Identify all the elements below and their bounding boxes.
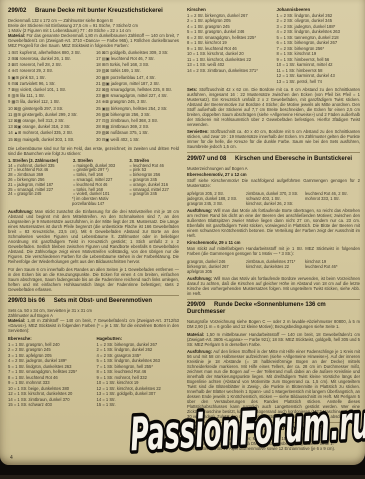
color-key-item: 8 ▥⊞ lila 111, 1 Str. xyxy=(8,94,91,99)
list-item: 1 = 1 Str. grasgrün, hell 240 xyxy=(8,342,91,347)
color-entry: leuchtend Rot 46* xyxy=(305,264,360,269)
scanner-bed-edge xyxy=(0,475,365,479)
color-key-item: 12 ⊠▩ orange, hell 313, 2 Str. xyxy=(8,119,91,124)
color-key-item: 6 ⊟⊠ zartviolett 96, 1 Str. xyxy=(8,82,91,87)
list-item: 9 = 1 Str. himbeerrot, hell 56 xyxy=(277,57,361,62)
berry-color-lists: Kirschen 1 = 2 Str. birkengrün, dunkel 2… xyxy=(187,7,360,84)
list-item: 10 = 1 Str. karminrot, mittel 42 xyxy=(277,62,361,67)
list-item: 5 = 1 Str. tannengrün, dunkel 218 xyxy=(277,35,361,40)
list-item: 7 = 1 Str. birkengrün, hell 255* xyxy=(97,364,180,369)
intro-lines: Sets ca. 50 x 34 cm, Servietten je 31 x … xyxy=(8,308,179,318)
motif-title: Kirschenmotiv, 29 x 11 cm xyxy=(187,240,360,245)
color-key-item: 18 ⊞⊟ türkis, hell 168, 3 Str. xyxy=(96,63,179,68)
list-label: Hagebutten: xyxy=(97,336,180,342)
color-key-item: 22 ⊠▨ smaragdgrün, hellstes 225, 8 Str. xyxy=(96,88,179,93)
table-cell: = grasgrün 245 xyxy=(129,192,179,197)
list-label: Kirschen xyxy=(187,7,271,13)
section-heading-299-03: 299/03 bis 06 Sets mit Obst- und Beerenm… xyxy=(8,298,179,305)
color-entry: grasgrün 245, 3 Str. xyxy=(187,201,242,206)
motif-text: Man stickt auf mittelfarbigem Handarbeit… xyxy=(187,246,360,256)
list-item: 9 = 1 Str. mohnrot, hell 332 xyxy=(97,375,180,380)
color-key-item: 29 ▧⊠ nußbraun 375, 1 Str. xyxy=(96,131,179,136)
watermark: PassionForum.ru xyxy=(124,375,365,476)
list-item: 2 = 1 Str. lindgrün, dunkel 262 xyxy=(97,347,180,352)
color-entry: kirschrot, dunkel 26, 2 Str. xyxy=(246,201,301,206)
sets-text: Stoffzuschnitt 42 x 62 cm. Die Bordüre m… xyxy=(187,87,360,127)
color-key-item: 28 ⊞▦ zimtbraun 369, 2 Str. xyxy=(96,125,179,130)
section-number: 299/03 bis 06 xyxy=(8,298,45,304)
color-key-item: 9 ▦⊡ lila, dunkel 112, 1 Str. xyxy=(8,100,91,105)
color-key-item: 19 ▥⊠ türkis 169, 1 Str. xyxy=(96,69,179,74)
list-item: 9 = 1 Str. mohnrot 333 xyxy=(8,380,91,385)
list-item: 2 = 2 Str. grasgrün 245 xyxy=(8,347,91,352)
color-entry: zimtbraun, dunkelstes 371* xyxy=(246,259,301,264)
color-key-item: 24 ⊕⊠ grasgrün 245, 3 Str. xyxy=(96,100,179,105)
list-item: 4 = 1 Str. grasgrün 245 xyxy=(187,24,271,29)
color-key-item: 1 ⊞⊡ kupferrot, allerhellstes 880, 3 Str… xyxy=(8,51,91,56)
material-paragraph: Material: 1,40 m Zählstoff — 140 cm brei… xyxy=(8,318,179,333)
color-key-item: 21 ▧▣ jadegrün, mittel 187, 2 Str. xyxy=(96,82,179,87)
motif-colors: grasgrün, dunkel 246birkengrün, dunkel 2… xyxy=(187,259,360,274)
intro-lines: Deckenmaß 132 x 172 cm — Zählmuster sieh… xyxy=(8,18,179,33)
list-item: 2 = 2 Str. olivgrün, dunkel 345 xyxy=(277,18,361,23)
list-item: 8 = 1 Str. leuchtend Rot 46 xyxy=(97,369,180,374)
streifen-table-body: 14 = mohnrot, dunkel 335 = maisgelb, dun… xyxy=(8,164,179,198)
kirschen-list: Kirschen 1 = 2 Str. birkengrün, dunkel 2… xyxy=(187,7,271,84)
color-key-item: 4 ⊕⊡ rosenrot 29, 2 Str. xyxy=(8,69,91,74)
list-item: 1 = 2 Str. lindgrün, dunkel 262 xyxy=(277,13,361,18)
servietten-text: Stoffzuschnitt ca. 40 x 40 cm, Bordüre m… xyxy=(187,129,360,149)
eberesche-list: Eberesche: 1 = 1 Str. grasgrün, hell 240… xyxy=(8,336,91,408)
material-text: 1,50 m mittelbrauner Handarbeitsstoff — … xyxy=(187,332,360,347)
color-key-item: 11 ▨⊞ ginstergelb, dunkel 299, 2 Str. xyxy=(8,113,91,118)
color-key-column-right: 16 ⊠⊡ goldgelb, dunkelstes 309, 3 Str.17… xyxy=(96,51,179,144)
page-number: 4 xyxy=(10,455,13,461)
list-item: 12 = 1 Str. kirschrot, dunkelstes 20 xyxy=(8,391,91,396)
color-key-item: 7 ⊠▤ violett, dunkel 101, 1 Str. xyxy=(8,88,91,93)
table-footnote: *) im obersten Motiv porzellanblau 147 xyxy=(72,197,130,207)
servietten-paragraph: Servietten: Stoffzuschnitt ca. 40 x 40 c… xyxy=(187,129,360,149)
section-title: Braune Decke mit bunter Kreuzstichsticke… xyxy=(35,8,163,14)
list-item: 9 = 1 Str. leuchtend Rot 46 xyxy=(187,46,271,51)
list-item: 7 = 2 Str. birkengrün 256* xyxy=(277,46,361,51)
watermark-text: PassionForum.ru xyxy=(129,395,365,461)
color-key-item: 13 ⊠▣ orange, dunkel 316, 2 Str. xyxy=(8,125,91,130)
list-item: 3 = 2 Str. jadegrün, dunkel 188* xyxy=(277,24,361,29)
motif-title: Ebereschenmotiv, 27 x 12 cm xyxy=(187,172,360,177)
color-key-item: 17 ▤▣ leuchtend Rot 46, 7 Str. xyxy=(96,57,179,62)
list-item: 4 = 2 Str. lindgrün, dunkelstes 263 xyxy=(277,29,361,34)
color-key-item: 2 ⊞⊠ rosenrosa, dunkel 26, 1 Str. xyxy=(8,57,91,62)
list-item: 7 = 1 Str. smaragdgrün, hellstes 225* xyxy=(8,369,91,374)
color-entry: apfelgrün 205 xyxy=(187,269,242,274)
list-item: 13 = 1 Str. petrol, hell 74 xyxy=(277,79,361,84)
color-key-column-left: 1 ⊞⊡ kupferrot, allerhellstes 880, 3 Str… xyxy=(8,51,91,144)
section-heading-299-07: 299/07 und 08 Kirschen und Eberesche in … xyxy=(187,156,360,163)
list-item: 8 = 1 Str. kirschrot 19 xyxy=(277,51,361,56)
list-item: 3 = 1 Str. apfelgrün 205 xyxy=(8,353,91,358)
list-item: 14 = 1 Str. zimtbraun, dunkel 370 xyxy=(8,397,91,402)
ausfuehrung-text: Will man das Motiv als fortlaufende Bort… xyxy=(187,208,360,238)
list-item: 1 = 2 Str. birkengrün, dunkel 267 xyxy=(187,13,271,18)
color-key-item: 5 ▣⊞ pink 53, 1 Str. xyxy=(8,76,91,81)
list-item: 14 = 2 Str. zimtbraun, dunkelstes 371* xyxy=(187,68,271,73)
list-item: 10 = 1 Str. kirschrot, dunkel 20 xyxy=(187,51,271,56)
color-key-item: 23 ▩⊞ smaragdgrün, mittel 227, 4 Str. xyxy=(96,94,179,99)
list-item: 10 = 1 Str. beige, dunkelstes 380 xyxy=(8,386,91,391)
section-heading-299-09: 299/09 Runde Decke «Sonnenblumen» 136 cm… xyxy=(187,302,360,316)
color-entry: kirschrot, dunkelstes 22 xyxy=(246,264,301,269)
list-item: 5 = 1 Str. lindgrün, dunkelstes 263 xyxy=(97,358,180,363)
streifen-table: 1. Streifen (3. Zählmuster) 2. Streifen … xyxy=(8,159,179,207)
ausfuehrung-paragraph: Ausführung: Will man das Motiv als fortl… xyxy=(187,208,360,238)
list-item: 6 = 2 Str. smaragdgrün, hellstes 225* xyxy=(187,35,271,40)
color-key-list: 1 ⊞⊡ kupferrot, allerhellstes 880, 3 Str… xyxy=(8,51,179,144)
ausfuehrung-text: Man stickt zunächst die Einfassung für d… xyxy=(8,209,179,264)
intro-paragraph: Naturgroße Vorzeichnung siehe Bogen C — … xyxy=(187,319,360,329)
color-key-item: 14 ▲⊞ mohnrot, dunkel 335, 2 Str. xyxy=(8,131,91,136)
list-item: 11 = 1 Str. himbeerrot 58 xyxy=(277,68,361,73)
list-item: 2 = 1 Str. apfelgrün 205 xyxy=(187,18,271,23)
list-item: 6 = 1 Str. birkengrün, dunkel 267 xyxy=(277,40,361,45)
color-key-item: 25 ▣▤ birkengrün, hellstes 254, 2 Str. xyxy=(96,107,179,112)
lebensbaeume-note: Die Lebensbäume sind nur für ein Feld, d… xyxy=(8,146,179,156)
list-label: Eberesche: xyxy=(8,336,91,342)
color-key-item: 30 ⊟▣ weiß 402, 1 Str. xyxy=(96,138,179,143)
list-item: 8 = 1 Str. kirschrot 19 xyxy=(187,40,271,45)
color-key-item: 26 ▨⊠ birkengrün 256, 3 Str. xyxy=(96,113,179,118)
ausfuehrung-text: Will man das Motiv als fortlaufende Bord… xyxy=(187,276,360,296)
bogen-line: Musterzeichnungen auf Bogen A xyxy=(187,166,360,171)
section-number: 299/07 und 08 xyxy=(187,156,226,162)
color-key-item: 20 ▦⊞ porzellanblau 147, 4 Str. xyxy=(96,76,179,81)
section-number: 299/09 xyxy=(187,302,205,308)
motif-colors: apfelgrün 205, 2 Str.jadegrün, dunkel 18… xyxy=(187,191,360,206)
sets-paragraph: Sets: Stoffzuschnitt 42 x 62 cm. Die Bor… xyxy=(187,87,360,127)
ausfuehrung-paragraph: Ausführung: Man stickt zunächst die Einf… xyxy=(8,209,179,264)
list-item: 4 = 2 Str. grasgrün 245* xyxy=(97,353,180,358)
color-entry: mohnrot 333, 1 Str. xyxy=(305,196,360,201)
material-text: 1,40 m Zählstoff — 140 cm breit, 7 Geweb… xyxy=(8,318,179,333)
saum-paragraph: Für den Saum 6 cm innerhalb des Randes a… xyxy=(8,267,179,292)
list-item: 11 = 1 Str. kirschrot, dunkelstes 22 xyxy=(187,57,271,62)
list-item: 12 = 1 Str. karminrot, dunkel 43 xyxy=(277,73,361,78)
list-item: 10 = 1 Str. kirschrot 19 xyxy=(97,380,180,385)
color-key-item: 16 ⊠⊡ goldgelb, dunkelstes 309, 3 Str. xyxy=(96,51,179,56)
list-item: 5 = 1 Str. grasgrün, dunkel 246 xyxy=(187,29,271,34)
color-key-item: 15 ⊠▤ maisgelb, dunkel 303, 1 Str. xyxy=(8,138,91,143)
material-paragraph: Material: Für das genannte Deckenmaß 1,8… xyxy=(8,33,179,48)
johannisbeeren-list: Johannisbeeren 1 = 2 Str. lindgrün, dunk… xyxy=(277,7,361,84)
list-item: 15 = 1 Str. schwarz 403 xyxy=(8,402,91,407)
ausfuehrung-paragraph: Ausführung: Will man das Motiv als fortl… xyxy=(187,276,360,296)
color-key-item: 10 ⊠▧ ginstergelb 297, 3 Str. xyxy=(8,107,91,112)
list-item: 13 = 1 Str. weiß 402 xyxy=(187,62,271,67)
section-title: Runde Decke «Sonnenblumen» 136 cm Durchm… xyxy=(187,302,326,315)
table-cell: 24 = grasgrün 245 xyxy=(8,192,73,197)
section-number: 299/02 xyxy=(8,8,26,14)
list-item: 8 = 1 Str. leuchtend Rot 46 xyxy=(8,375,91,380)
section-title: Kirschen und Eberesche in Buntstickerei xyxy=(235,156,352,162)
section-heading-299-02: 299/02 Braune Decke mit bunter Kreuzstic… xyxy=(8,8,179,15)
section-divider xyxy=(187,152,360,153)
list-item: 4 = 2 Str. jadegrün, dunkel 189* xyxy=(8,358,91,363)
color-key-item: 3 ⊠⊡ rosenrot, hell 28, 2 Str. xyxy=(8,63,91,68)
section-title: Sets mit Obst- und Beerenmotiven xyxy=(54,298,152,304)
section-divider xyxy=(187,299,360,300)
material-paragraph: Material: 1,50 m mittelbrauner Handarbei… xyxy=(187,332,360,347)
list-label: Johannisbeeren xyxy=(277,7,361,13)
section-divider xyxy=(8,295,179,296)
list-item: 1 = 2 Str. birkengrün, dunkel 267 xyxy=(97,342,180,347)
motif-text: Stoff siehe Kirschenmotiv! Die nachfolge… xyxy=(187,178,360,188)
scanned-page-background: 299/02 Braune Decke mit bunter Kreuzstic… xyxy=(0,0,365,479)
material-text: Für das genannte Deckenmaß 1,80 m dunkel… xyxy=(8,33,179,48)
list-item: 5 = 1 Str. lindgrün, dunkelstes 263 xyxy=(8,364,91,369)
color-key-item: 27 ⊡▥ zimtbraun, hell 368, 3 Str. xyxy=(96,119,179,124)
